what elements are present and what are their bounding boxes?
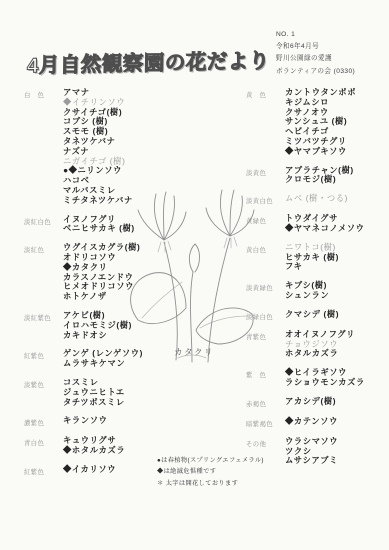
- plant-name: ホタルカズラ: [285, 349, 388, 359]
- footnote-line: ◆は絶滅危惧種です: [157, 466, 264, 477]
- plant-list: ニワトコ(樹)ヒサカキ (樹)フキ: [285, 243, 388, 272]
- plant-list: アカシデ(樹): [285, 397, 388, 408]
- plant-name: クロモジ(樹): [285, 175, 388, 185]
- color-group: 白 色アマナ◆イチリンソウクサイチゴ(樹)コブシ (樹)スモモ (樹)タネツケバ…: [24, 88, 240, 206]
- plant-name: ミチタネツケバナ: [63, 196, 240, 206]
- plant-name: ベニヒサカキ (樹): [63, 224, 240, 234]
- color-category-label: 淡紅紫色: [24, 311, 63, 340]
- plant-name: ホトケノザ: [63, 292, 240, 302]
- plant-name: アカシデ(樹): [285, 397, 388, 407]
- plant-list: アブラチャン(樹)クロモジ(樹): [285, 166, 388, 186]
- plant-name: フキ: [285, 262, 388, 272]
- color-category-label: 青紫色: [246, 330, 285, 359]
- plant-list: クマシデ (樹): [285, 310, 388, 321]
- newsletter-page: 4月自然観察園の花だより NO. 1 令和6年4月号 野川公園緑の愛護 ボランテ…: [0, 0, 389, 550]
- color-group: 淡黄色アブラチャン(樹)クロモジ(樹): [246, 166, 388, 186]
- color-group: 淡紫色コスミレジュウニヒトエタチツボスミレ: [24, 378, 240, 407]
- color-category-label: 白 色: [24, 88, 63, 206]
- page-title: 4月自然観察園の花だより: [27, 43, 270, 78]
- color-category-label: 暗紫褐色: [246, 417, 285, 428]
- issue-number: NO. 1: [276, 29, 355, 41]
- plant-list: イヌノフグリベニヒサカキ (樹): [63, 215, 240, 235]
- color-category-label: 紫 色: [246, 368, 285, 388]
- plant-name: ムベ (樹・つる): [285, 194, 388, 204]
- plant-name: ラショウモンカズラ: [285, 378, 388, 388]
- color-category-label: 淡緑白色: [246, 310, 285, 321]
- color-category-label: 淡黄緑色: [246, 281, 285, 301]
- color-group: 淡黄白色ムベ (樹・つる): [246, 194, 388, 205]
- plant-name: クマシデ (樹): [285, 310, 388, 320]
- plant-name: シュンラン: [285, 291, 388, 301]
- color-group: 淡黄緑色キブシ(樹)シュンラン: [246, 281, 388, 301]
- color-group: 黄白色ニワトコ(樹)ヒサカキ (樹)フキ: [246, 243, 388, 272]
- color-group: 紫 色◆ヒイラギソウラショウモンカズラ: [246, 368, 388, 388]
- color-group: 青白色キュウリグサ◆ホタルカズラ: [24, 436, 240, 456]
- issue-date: 令和6年4月号: [276, 41, 355, 53]
- plant-name: タチツボスミレ: [63, 398, 240, 408]
- plant-name: キランソウ: [63, 416, 240, 426]
- right-column: 黄 色カントウタンポポキジムシロクサノオウサンシュユ (樹)ヘビイチゴミツバツチ…: [246, 88, 388, 475]
- plant-list: キランソウ: [63, 416, 240, 427]
- color-category-label: 黄白色: [246, 243, 285, 272]
- plant-name: カキドオシ: [63, 331, 240, 341]
- plant-list: アマナ◆イチリンソウクサイチゴ(樹)コブシ (樹)スモモ (樹)タネツケバナナズ…: [63, 88, 240, 206]
- plant-name: ムラサキケマン: [63, 359, 240, 369]
- plant-list: ◆ヒイラギソウラショウモンカズラ: [285, 368, 388, 388]
- color-group: 黄 色カントウタンポポキジムシロクサノオウサンシュユ (樹)ヘビイチゴミツバツチ…: [246, 88, 388, 157]
- color-category-label: 赤褐色: [246, 397, 285, 408]
- plant-name: タネツケバナ: [63, 137, 240, 147]
- footnotes: ●は春植物(スプリングエフェメラル)◆は絶滅危惧種です＊ 太字は開花しております: [157, 455, 264, 489]
- color-category-label: 淡黄白色: [246, 194, 285, 205]
- plant-list: ウグイスカグラ(樹)オドリコソウ◆カタクリカラスノエンドウヒメオドリコソウホトケ…: [63, 243, 240, 302]
- plant-list: アケビ(樹)イロハモミジ(樹)カキドオシ: [63, 311, 240, 340]
- color-category-label: 紅紫色: [24, 349, 63, 369]
- color-group: 淡緑白色クマシデ (樹): [246, 310, 388, 321]
- plant-name: ◆カテンソウ: [285, 417, 388, 427]
- issue-info: NO. 1 令和6年4月号 野川公園緑の愛護 ボランティアの会 (0330): [276, 29, 355, 78]
- plant-list: キュウリグサ◆ホタルカズラ: [63, 436, 240, 456]
- color-group: その他ウラシマソウツクシムサシアブミ: [246, 437, 388, 466]
- plant-list: トウダイグサ◆ヤマネコノメソウ: [285, 214, 388, 234]
- plant-name: ムサシアブミ: [285, 456, 388, 466]
- footnote-line: ●は春植物(スプリングエフェメラル): [157, 455, 264, 466]
- plant-name: ◆ヤマブキソウ: [285, 147, 388, 157]
- plant-list: オオイヌノフグリチョウジソウホタルカズラ: [285, 330, 388, 359]
- color-category-label: 青白色: [24, 436, 63, 456]
- plant-list: ムベ (樹・つる): [285, 194, 388, 205]
- plant-list: コスミレジュウニヒトエタチツボスミレ: [63, 378, 240, 407]
- color-category-label: 黄緑色: [246, 214, 285, 234]
- plant-list: カントウタンポポキジムシロクサノオウサンシュユ (樹)ヘビイチゴミツバツチグリ◆…: [285, 88, 388, 157]
- color-category-label: 淡紫色: [24, 378, 63, 407]
- color-category-label: 淡黄色: [246, 166, 285, 186]
- color-category-label: 淡紅白色: [24, 215, 63, 235]
- color-group: 暗紫褐色◆カテンソウ: [246, 417, 388, 428]
- color-category-label: 黄 色: [246, 88, 285, 157]
- plant-list: キブシ(樹)シュンラン: [285, 281, 388, 301]
- color-group: 淡紅色ウグイスカグラ(樹)オドリコソウ◆カタクリカラスノエンドウヒメオドリコソウ…: [24, 243, 240, 302]
- color-category-label: 紅紫色: [24, 465, 63, 476]
- footnote-line: ＊ 太字は開花しております: [157, 478, 264, 489]
- org-name-line1: 野川公園緑の愛護: [276, 53, 355, 65]
- color-group: 濃紫色キランソウ: [24, 416, 240, 427]
- color-group: 淡紅白色イヌノフグリベニヒサカキ (樹): [24, 215, 240, 235]
- color-group: 黄緑色トウダイグサ◆ヤマネコノメソウ: [246, 214, 388, 234]
- plant-name: ◆ヤマネコノメソウ: [285, 224, 388, 234]
- plant-list: ◆カテンソウ: [285, 417, 388, 428]
- color-group: 青紫色オオイヌノフグリチョウジソウホタルカズラ: [246, 330, 388, 359]
- plant-list: ゲンゲ (レンゲソウ)ムラサキケマン: [63, 349, 240, 369]
- color-category-label: 濃紫色: [24, 416, 63, 427]
- color-group: 紅紫色ゲンゲ (レンゲソウ)ムラサキケマン: [24, 349, 240, 369]
- color-category-label: 淡紅色: [24, 243, 63, 302]
- color-group: 赤褐色アカシデ(樹): [246, 397, 388, 408]
- color-group: 淡紅紫色アケビ(樹)イロハモミジ(樹)カキドオシ: [24, 311, 240, 340]
- left-column: 白 色アマナ◆イチリンソウクサイチゴ(樹)コブシ (樹)スモモ (樹)タネツケバ…: [24, 88, 240, 485]
- plant-list: ウラシマソウツクシムサシアブミ: [285, 437, 388, 466]
- org-name-line2: ボランティアの会 (0330): [276, 66, 355, 78]
